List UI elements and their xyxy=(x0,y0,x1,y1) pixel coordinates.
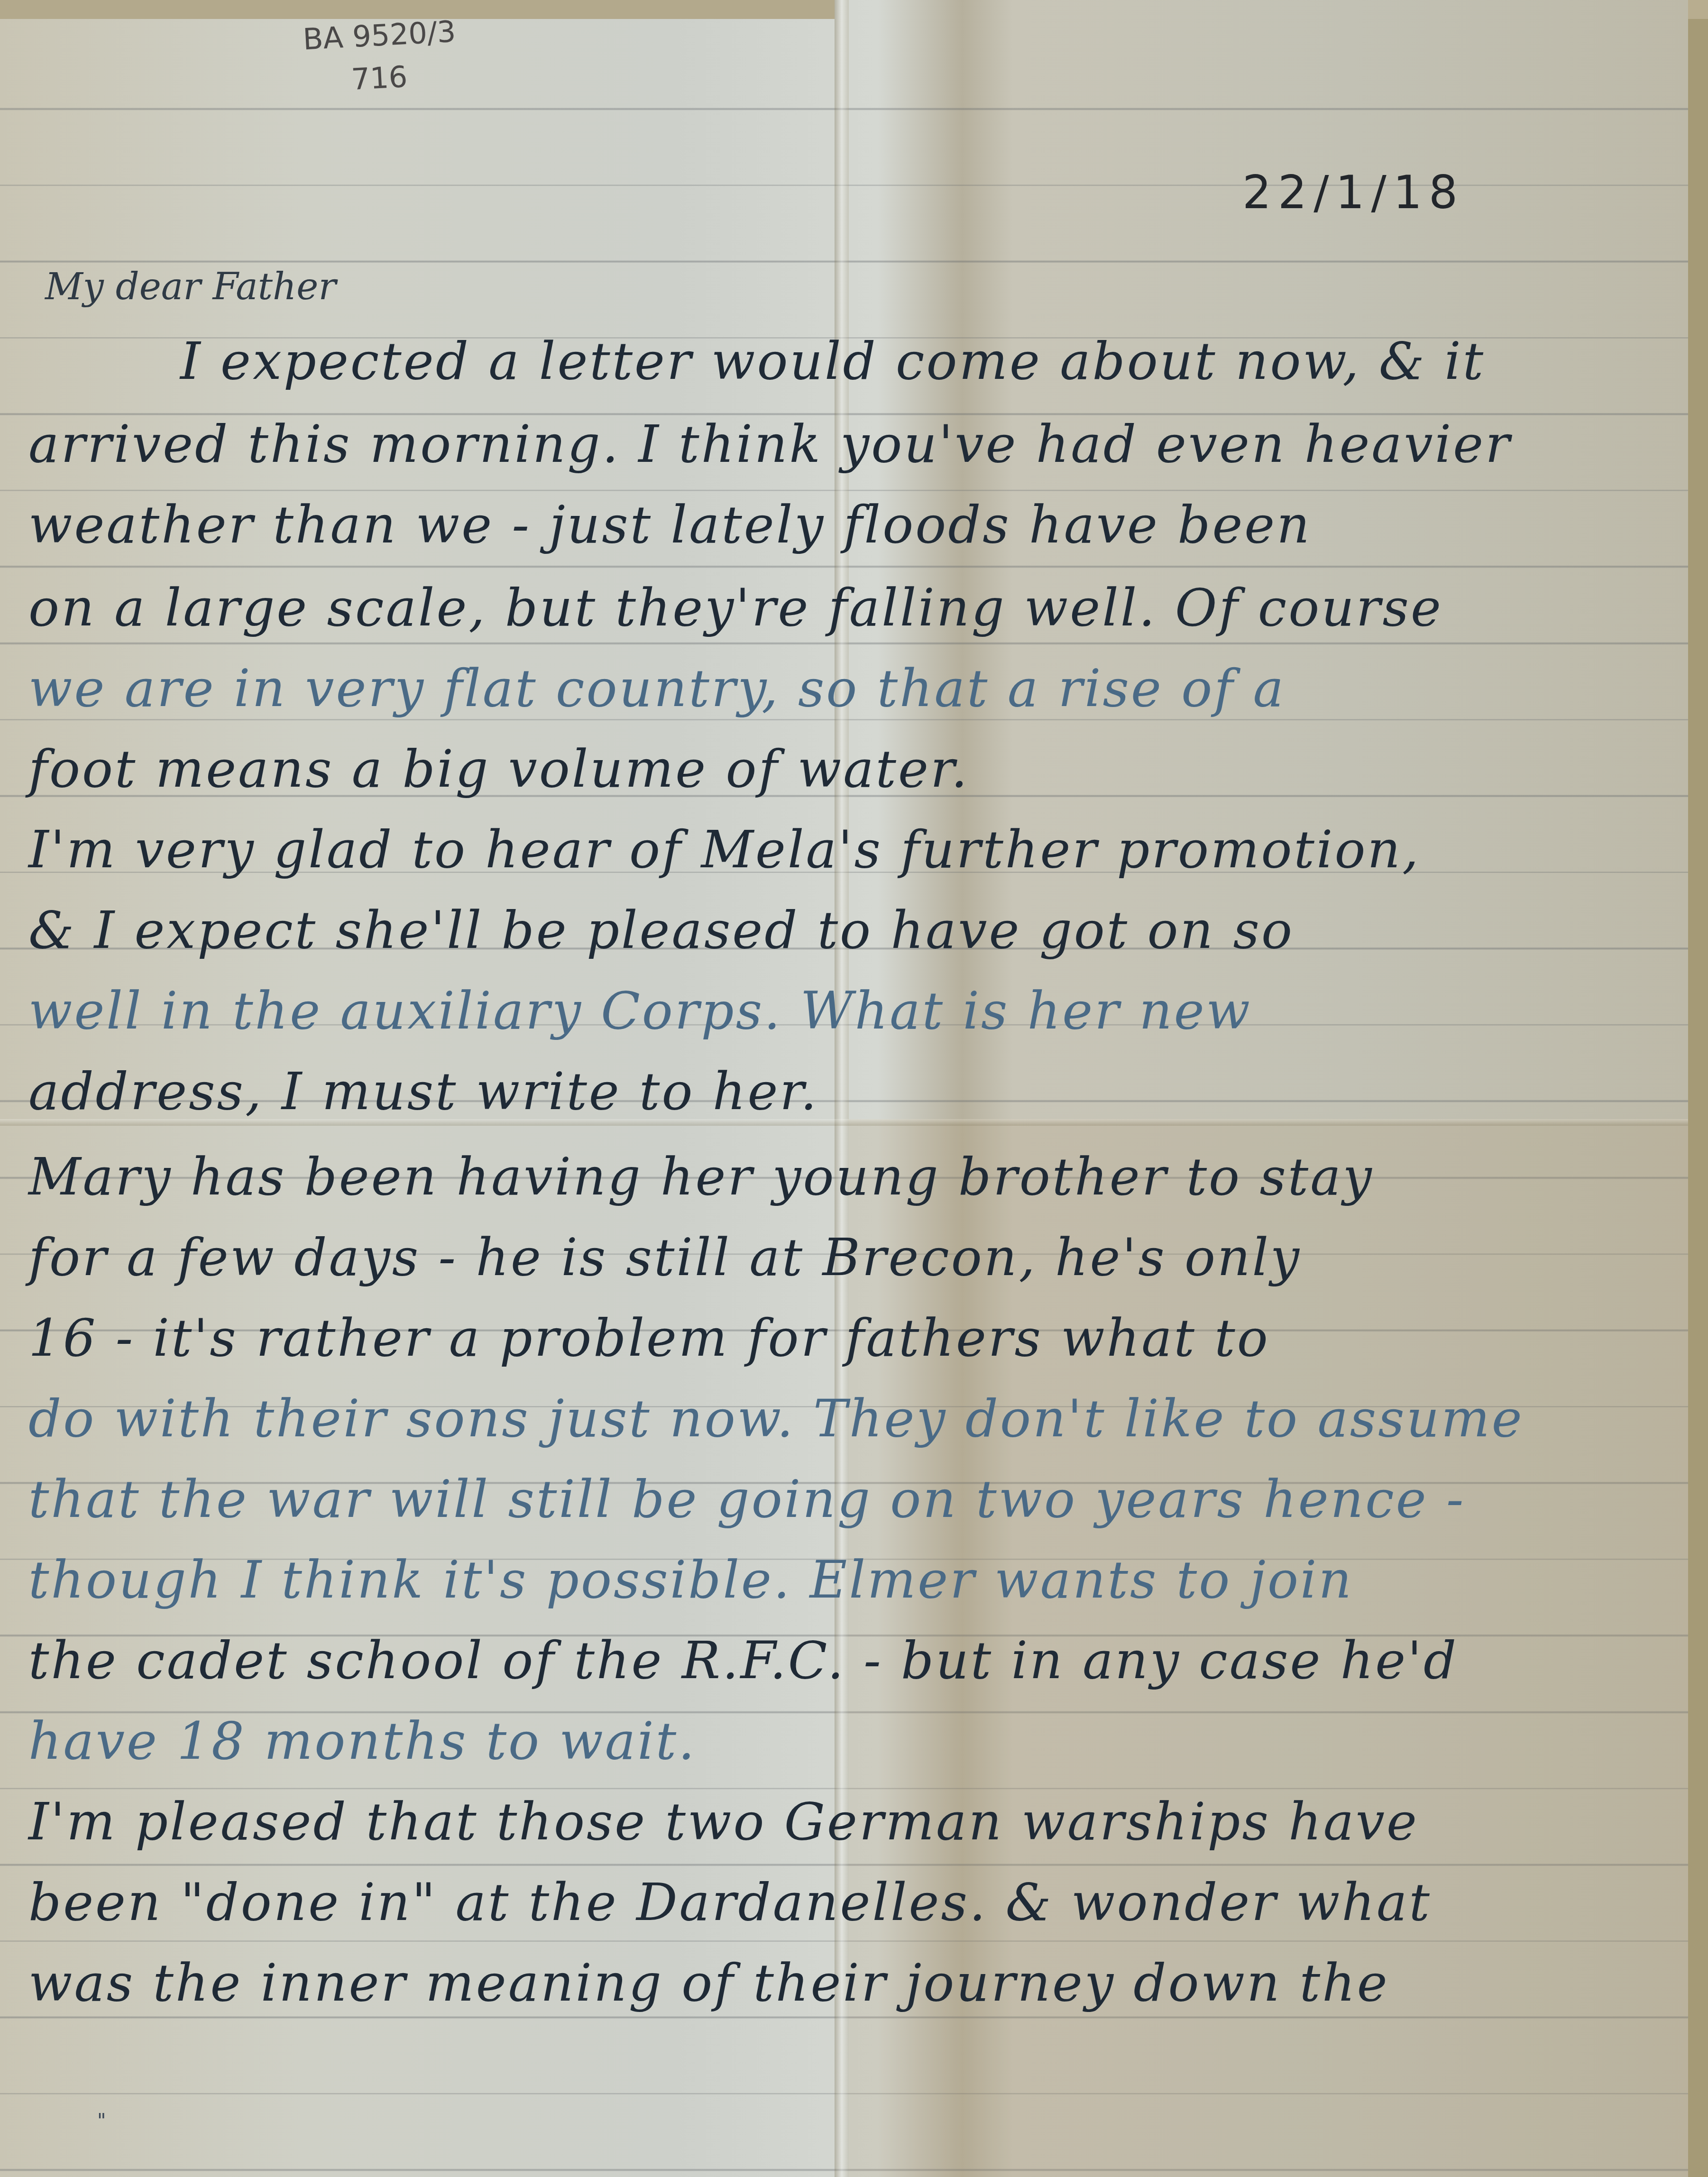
letter-sheet: BA 9520/3 716 22/1/18 My dear Father I e… xyxy=(0,0,1688,2177)
ink-mark: " xyxy=(97,2110,106,2132)
body-line: arrived this morning. I think you've had… xyxy=(28,415,1512,474)
body-line: do with their sons just now. They don't … xyxy=(28,1389,1524,1449)
body-line: we are in very flat country, so that a r… xyxy=(28,659,1286,718)
body-line: on a large scale, but they're falling we… xyxy=(28,579,1443,638)
body-line: weather than we - just lately floods hav… xyxy=(28,496,1312,555)
body-line: I expected a letter would come about now… xyxy=(180,332,1485,391)
body-line: well in the auxiliary Corps. What is her… xyxy=(28,982,1252,1041)
body-line: have 18 months to wait. xyxy=(28,1712,697,1771)
body-line: address, I must write to her. xyxy=(28,1062,818,1121)
body-line: 16 - it's rather a problem for fathers w… xyxy=(28,1309,1270,1368)
body-line: though I think it's possible. Elmer want… xyxy=(28,1551,1353,1610)
body-line: was the inner meaning of their journey d… xyxy=(28,1954,1389,2013)
body-line: & I expect she'll be pleased to have got… xyxy=(28,901,1294,960)
letter-date: 22/1/18 xyxy=(1242,166,1464,219)
body-line: that the war will still be going on two … xyxy=(28,1470,1465,1529)
salutation: My dear Father xyxy=(45,266,336,308)
body-line: the cadet school of the R.F.C. - but in … xyxy=(28,1631,1458,1690)
body-line: Mary has been having her young brother t… xyxy=(28,1148,1374,1207)
body-line: I'm pleased that those two German warshi… xyxy=(28,1792,1419,1852)
body-line: I'm very glad to hear of Mela's further … xyxy=(28,820,1420,880)
body-line: been "done in" at the Dardanelles. & won… xyxy=(28,1873,1432,1932)
body-line: for a few days - he is still at Brecon, … xyxy=(28,1228,1301,1287)
body-line: foot means a big volume of water. xyxy=(28,740,969,799)
archive-reference: BA 9520/3 716 xyxy=(256,14,503,100)
